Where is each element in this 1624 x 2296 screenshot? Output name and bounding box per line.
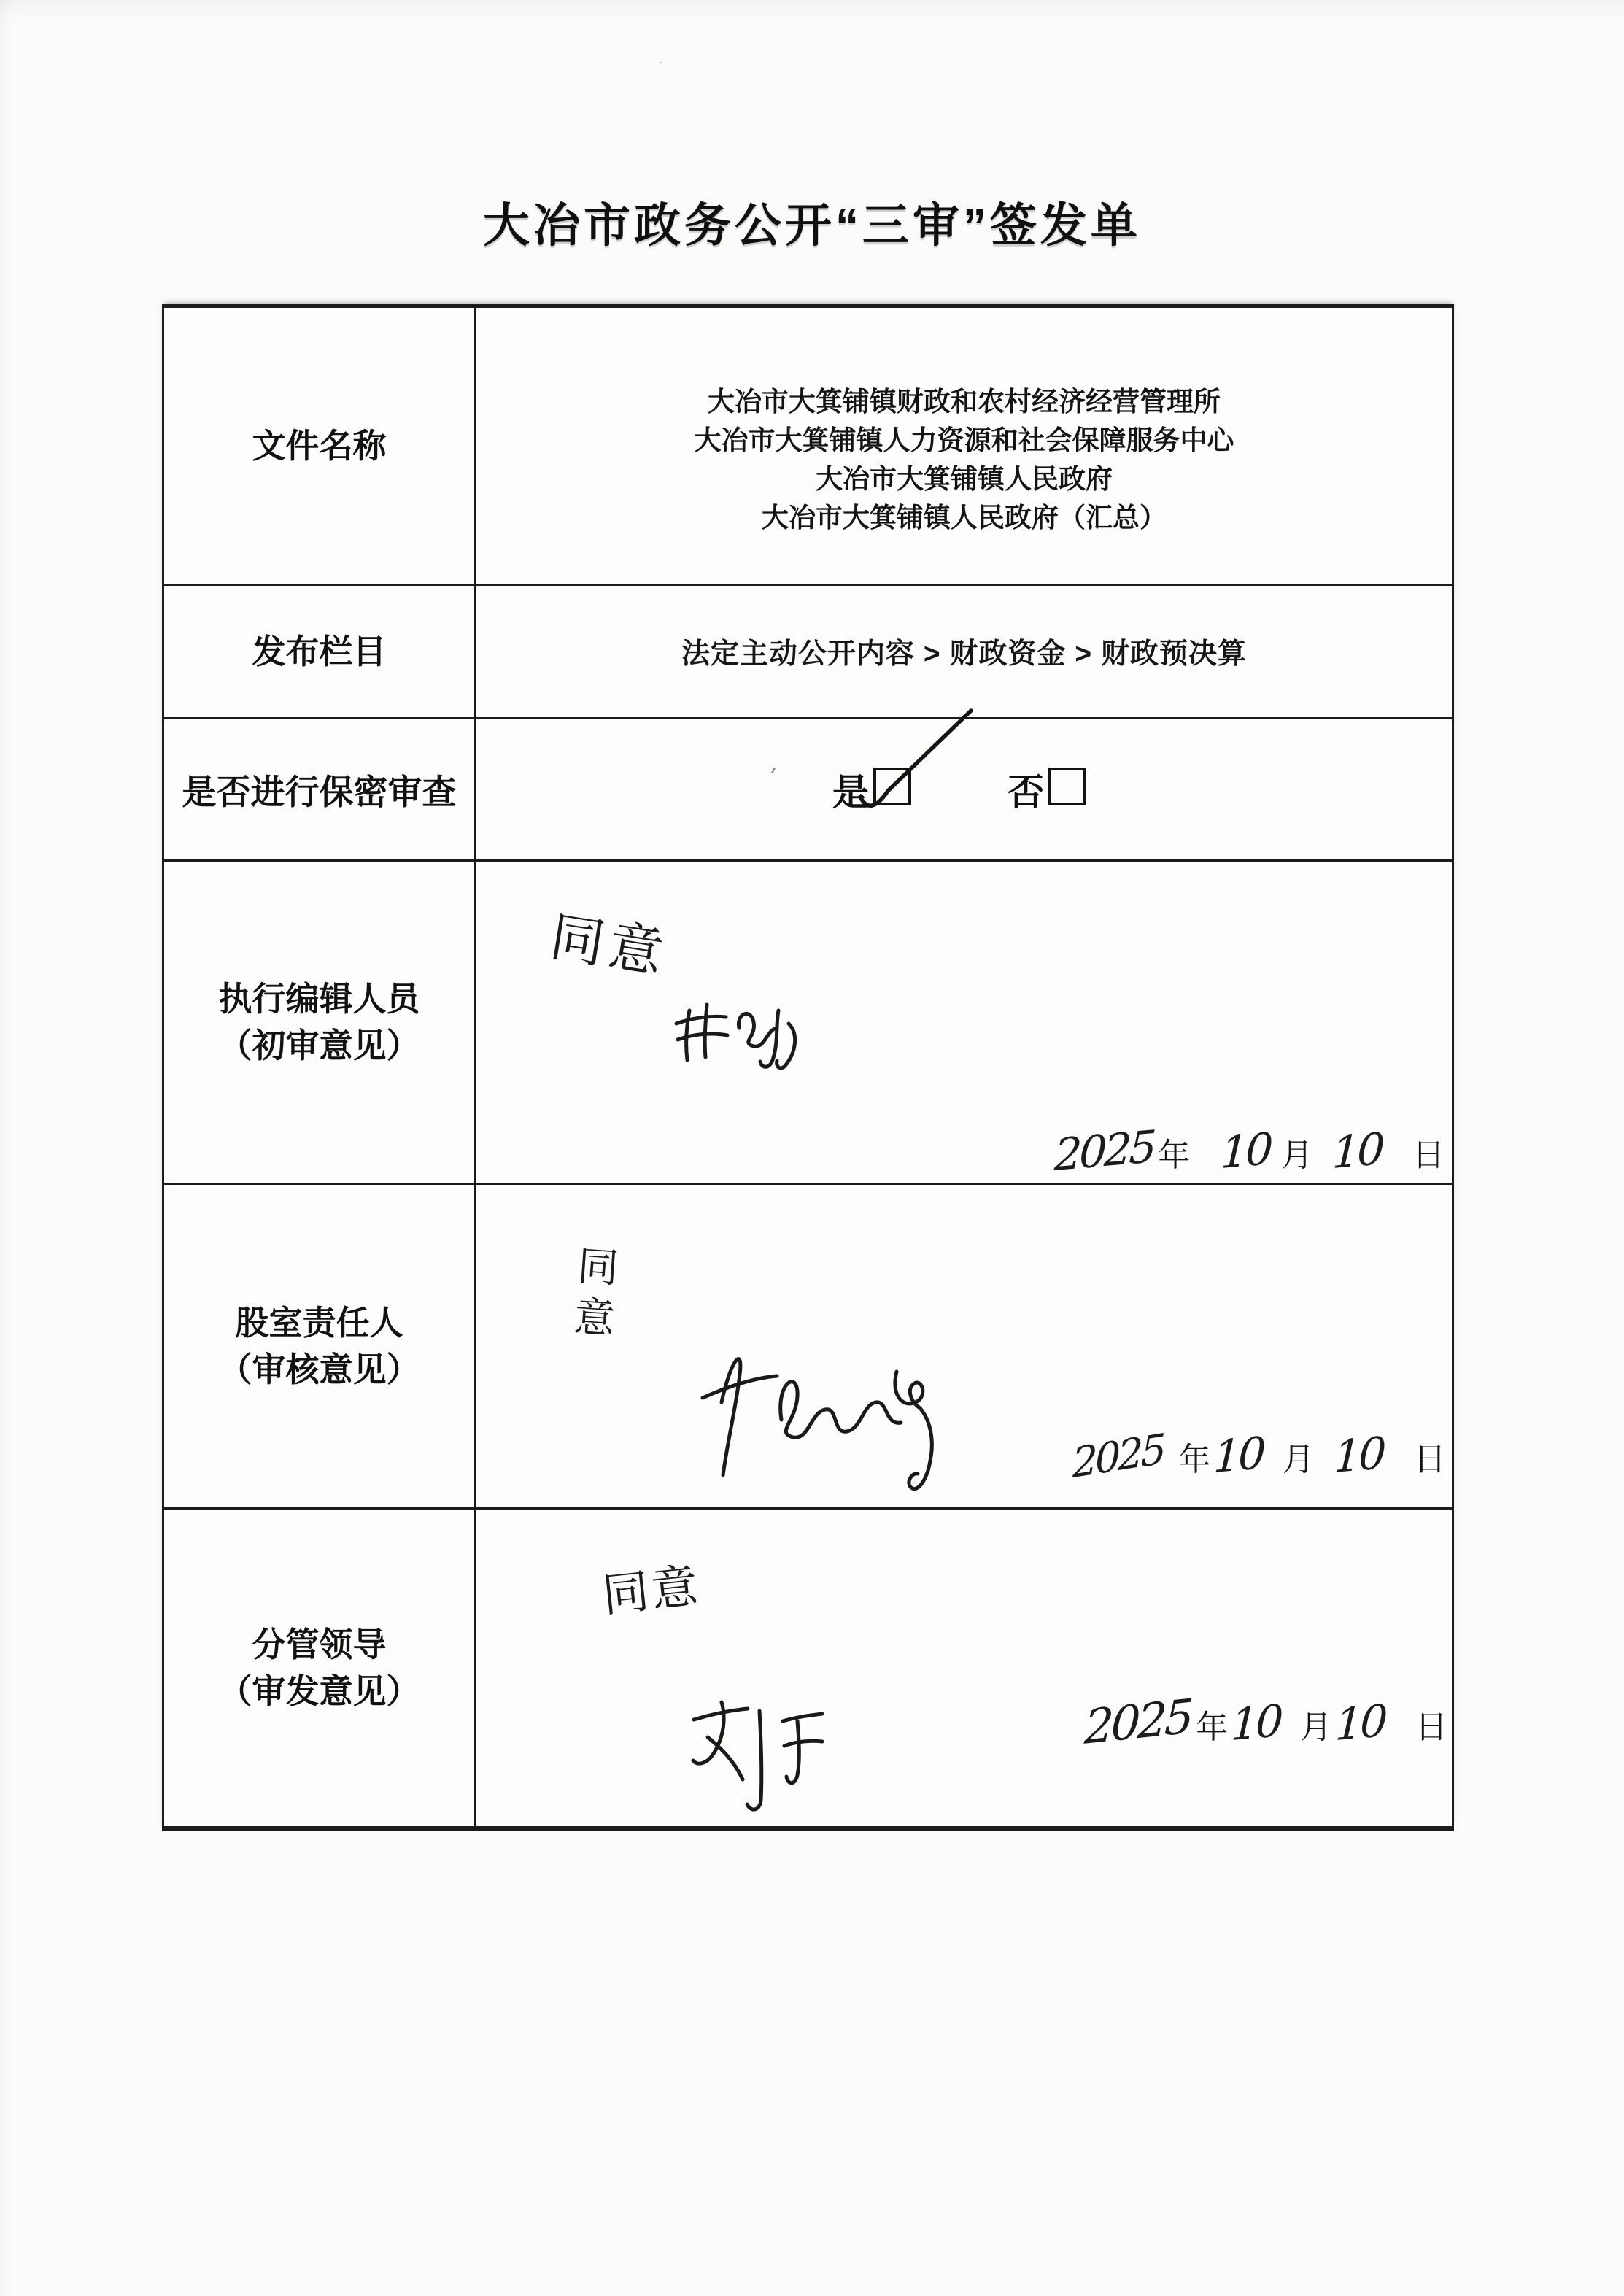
option-no-label: 否 [1008,763,1044,816]
second-review-label: 股室责任人 [236,1299,403,1346]
scan-artifact: ˑ [649,55,668,75]
handwritten-year: 2025 [1084,1690,1193,1755]
handwritten-month: 10 [1230,1696,1282,1751]
file-name-line: 大冶市大箕铺镇财政和农村经济经营管理所 [708,382,1221,421]
file-name-value-cell: 大冶市大箕铺镇财政和农村经济经营管理所 大冶市大箕铺镇人力资源和社会保障服务中心… [476,308,1452,584]
page-title: 大冶市政务公开“三审”签发单 [0,188,1624,255]
second-review-value-cell: 同意 2025 年 10 月 10 日 [476,1185,1452,1507]
second-review-label-cell: 股室责任人 （审核意见） [164,1185,476,1507]
month-unit: 月 [1300,1701,1332,1747]
table-row-publish-column: 发布栏目 法定主动公开内容 > 财政资金 > 财政预决算 [164,586,1452,719]
final-review-label-cell: 分管领导 （审发意见） [164,1510,476,1826]
day-unit: 日 [1415,1701,1447,1747]
first-review-label-cell: 执行编辑人员 （初审意见） [164,862,476,1183]
review-date: 2025 年 10 月 10 日 [1054,1126,1445,1177]
month-unit: 月 [1283,1433,1315,1480]
file-name-line: 大冶市大箕铺镇人民政府 [816,460,1113,498]
table-row-final-review: 分管领导 （审发意见） 同意 2025 年 10 月 [164,1510,1452,1826]
file-name-label-cell: 文件名称 [164,308,476,584]
handwritten-check-mark [851,681,990,827]
file-name-label: 文件名称 [252,422,387,469]
first-review-value-cell: 同意 2025 年 10 月 10 日 [476,862,1452,1183]
secrecy-options: 是 否 [476,719,1452,859]
checkbox-no [1048,768,1086,805]
option-no: 否 [1008,763,1086,816]
publish-column-label-cell: 发布栏目 [164,586,476,717]
day-unit: 日 [1412,1129,1445,1175]
handwritten-year: 2025 [1053,1121,1155,1181]
final-review-sublabel: （审发意见） [219,1668,420,1715]
handwritten-year: 2025 [1072,1426,1164,1488]
scanned-document-page: 大冶市政务公开“三审”签发单 文件名称 大冶市大箕铺镇财政和农村经济经营管理所 … [0,0,1624,2296]
first-review-label: 执行编辑人员 [219,975,420,1022]
handwritten-signature [688,1331,951,1510]
handwritten-day: 10 [1333,1428,1385,1483]
secrecy-review-label-cell: 是否进行保密审查 [164,719,476,859]
table-row-first-review: 执行编辑人员 （初审意见） 同意 2025 年 10 [164,862,1452,1185]
checkbox-yes [873,768,911,805]
handwritten-signature [668,994,813,1093]
year-unit: 年 [1158,1129,1190,1175]
second-review-sublabel: （审核意见） [219,1346,420,1393]
handwritten-month: 10 [1213,1428,1264,1483]
publish-column-label: 发布栏目 [252,628,387,675]
table-row-file-name: 文件名称 大冶市大箕铺镇财政和农村经济经营管理所 大冶市大箕铺镇人力资源和社会保… [164,308,1452,586]
handwritten-day: 10 [1331,1124,1383,1179]
first-review-sublabel: （初审意见） [219,1022,420,1069]
file-name-lines: 大冶市大箕铺镇财政和农村经济经营管理所 大冶市大箕铺镇人力资源和社会保障服务中心… [476,382,1452,537]
file-name-line: 大冶市大箕铺镇人力资源和社会保障服务中心 [695,421,1234,460]
handwritten-comment: 同意 [599,1548,703,1626]
handwritten-day: 10 [1334,1696,1386,1751]
final-review-value-cell: 同意 2025 年 10 月 10 日 [476,1510,1452,1826]
handwritten-comment: 同意 [546,894,675,989]
day-unit: 日 [1414,1433,1446,1480]
year-unit: 年 [1196,1701,1228,1747]
handwritten-month: 10 [1220,1124,1272,1179]
secrecy-review-value-cell: 是 否 [476,719,1452,859]
handwritten-signature [681,1693,848,1817]
month-unit: 月 [1281,1129,1313,1175]
table-row-second-review: 股室责任人 （审核意见） 同意 2025 年 10 月 10 [164,1185,1452,1510]
review-date: 2025 年 10 月 10 日 [1072,1430,1446,1481]
year-unit: 年 [1178,1433,1210,1480]
table-row-secrecy-review: 是否进行保密审查 是 否 [164,719,1452,862]
signoff-table: 文件名称 大冶市大箕铺镇财政和农村经济经营管理所 大冶市大箕铺镇人力资源和社会保… [162,304,1454,1831]
option-yes: 是 [832,763,911,816]
secrecy-review-label: 是否进行保密审查 [182,765,457,814]
handwritten-comment: 同意 [560,1242,626,1348]
file-name-line: 大冶市大箕铺镇人民政府（汇总） [762,498,1167,537]
final-review-label: 分管领导 [252,1621,387,1668]
review-date: 2025 年 10 月 10 日 [1084,1696,1447,1750]
